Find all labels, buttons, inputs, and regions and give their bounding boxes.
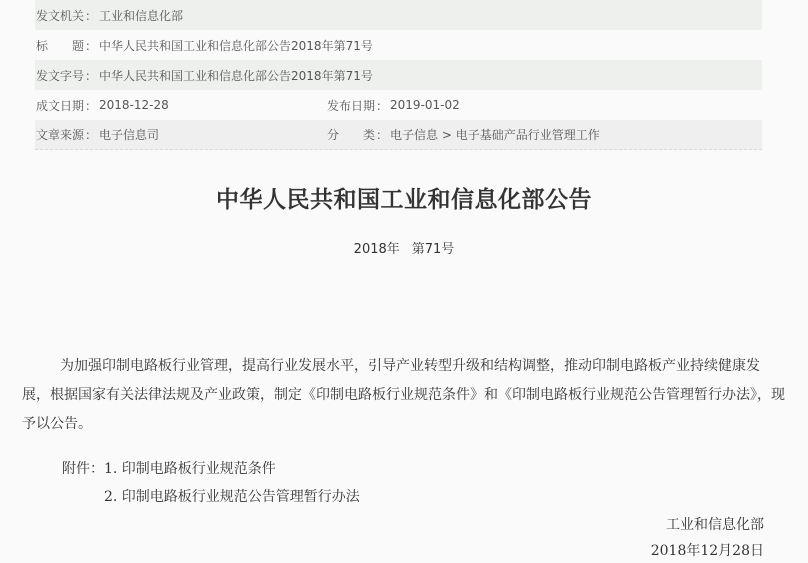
attachments-label: 附件： bbox=[62, 461, 104, 477]
category-breadcrumb[interactable]: 电子信息 > 电子基础产品行业管理工作 bbox=[390, 126, 600, 143]
written-date-value: 2018-12-28 bbox=[99, 98, 169, 112]
meta-label: 分 类 bbox=[327, 126, 375, 143]
meta-row-doc-number: 发文字号 ： 中华人民共和国工业和信息化部公告2018年第71号 bbox=[35, 60, 762, 90]
meta-separator: ： bbox=[376, 97, 388, 114]
written-date-cell: 成文日期 ： 2018-12-28 bbox=[36, 97, 327, 114]
meta-label: 文章来源 bbox=[36, 126, 84, 143]
meta-row-issuer: 发文机关 ： 工业和信息化部 bbox=[35, 0, 762, 30]
meta-separator: ： bbox=[85, 7, 97, 24]
meta-separator: ： bbox=[85, 37, 97, 54]
issuer-link[interactable]: 工业和信息化部 bbox=[99, 7, 183, 24]
document-metadata-table: 发文机关 ： 工业和信息化部 标 题 ： 中华人民共和国工业和信息化部公告201… bbox=[35, 0, 762, 150]
meta-label: 标 题 bbox=[36, 37, 84, 54]
meta-separator: ： bbox=[85, 97, 97, 114]
meta-label: 成文日期 bbox=[36, 97, 84, 114]
document-number: 2018年第71号 bbox=[0, 238, 808, 257]
signature-org: 工业和信息化部 bbox=[666, 514, 764, 534]
source-value: 电子信息司 bbox=[99, 126, 159, 143]
meta-row-title: 标 题 ： 中华人民共和国工业和信息化部公告2018年第71号 bbox=[35, 30, 762, 60]
source-cell: 文章来源 ： 电子信息司 bbox=[36, 126, 327, 143]
meta-row-source-category: 文章来源 ： 电子信息司 分 类 ： 电子信息 > 电子基础产品行业管理工作 bbox=[35, 120, 762, 150]
publish-date-value: 2019-01-02 bbox=[390, 98, 460, 112]
meta-value: 中华人民共和国工业和信息化部公告2018年第71号 bbox=[99, 37, 373, 54]
meta-separator: ： bbox=[376, 126, 388, 143]
meta-label: 发布日期 bbox=[327, 97, 375, 114]
meta-label: 发文机关 bbox=[36, 7, 84, 24]
category-cell: 分 类 ： 电子信息 > 电子基础产品行业管理工作 bbox=[327, 126, 600, 143]
document-issue-number: 第71号 bbox=[412, 242, 455, 257]
attachment-link[interactable]: 2. 印制电路板行业规范公告管理暂行办法 bbox=[104, 489, 360, 505]
meta-separator: ： bbox=[85, 126, 97, 143]
meta-value: 中华人民共和国工业和信息化部公告2018年第71号 bbox=[99, 67, 373, 84]
document-heading: 中华人民共和国工业和信息化部公告 bbox=[0, 181, 808, 214]
attachment-item-2: 2. 印制电路板行业规范公告管理暂行办法 bbox=[104, 486, 360, 506]
document-body: 为加强印制电路板行业管理，提高行业发展水平，引导产业转型升级和结构调整，推动印制… bbox=[22, 352, 787, 439]
attachment-item-1: 附件：1. 印制电路板行业规范条件 bbox=[62, 458, 276, 478]
attachment-link[interactable]: 1. 印制电路板行业规范条件 bbox=[104, 461, 276, 477]
publish-date-cell: 发布日期 ： 2019-01-02 bbox=[327, 97, 460, 114]
document-year: 2018年 bbox=[354, 242, 400, 257]
meta-label: 发文字号 bbox=[36, 67, 84, 84]
signature-date: 2018年12月28日 bbox=[651, 540, 764, 560]
meta-row-dates: 成文日期 ： 2018-12-28 发布日期 ： 2019-01-02 bbox=[35, 90, 762, 120]
meta-separator: ： bbox=[85, 67, 97, 84]
